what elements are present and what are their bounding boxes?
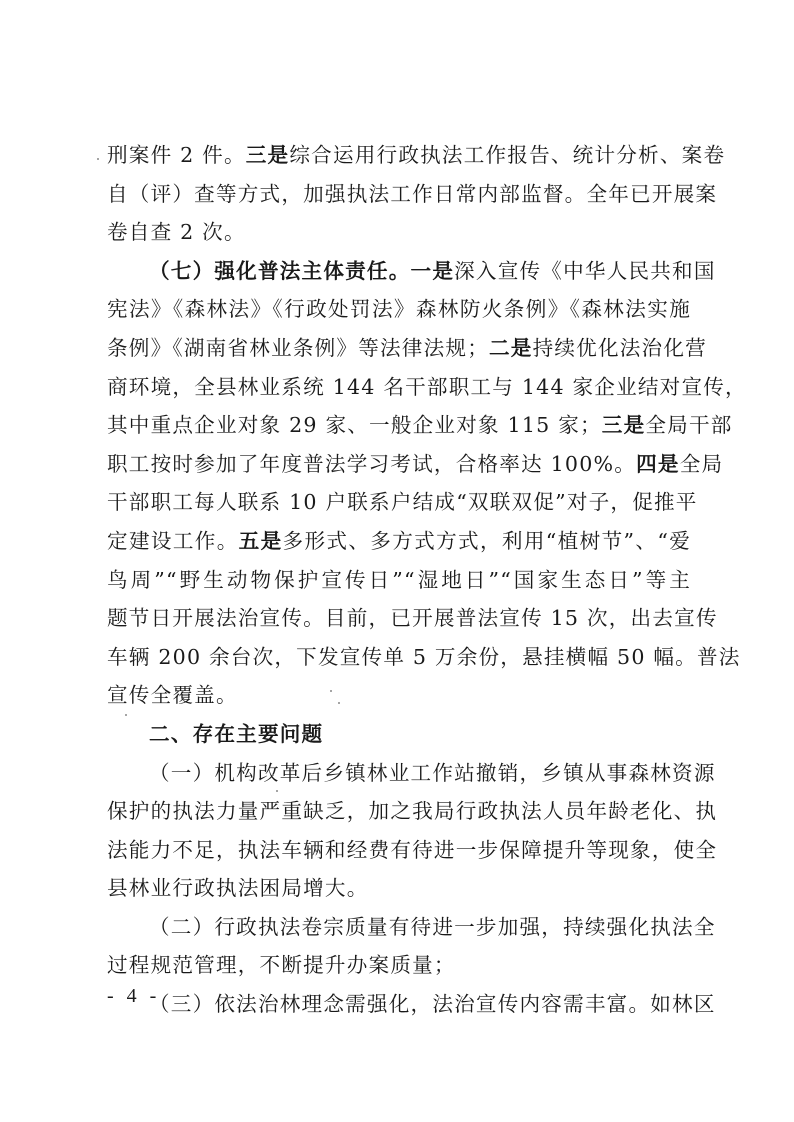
scan-artifact [125,714,127,716]
body-text: （一）机构改革后乡镇林业工作站撤销，乡镇从事森林资源 [149,761,716,785]
text-line: 自（评）查等方式，加强执法工作日常内部监督。全年已开展案 [107,175,691,214]
body-text: 职工按时参加了年度普法学习考试，合格率达 100%。 [107,452,636,476]
body-text: 定建设工作。 [107,529,239,553]
text-line: 保护的执法力量严重缺乏，加之我局行政执法人员年龄老化、执 [107,792,691,831]
text-line: 商环境，全县林业系统 144 名干部职工与 144 家企业结对宣传， [107,368,691,407]
text-line: 其中重点企业对象 29 家、一般企业对象 115 家；三是全局干部 [107,406,691,445]
scan-artifact [97,158,99,160]
body-text: 卷自查 2 次。 [107,220,246,244]
text-line: 车辆 200 余台次，下发宣传单 5 万余份，悬挂横幅 50 幅。普法 [107,638,691,677]
text-line: 卷自查 2 次。 [107,213,691,252]
bold-text: 一是 [411,259,455,283]
text-line: 鸟周”“野生动物保护宣传日”“湿地日”“国家生态日”等主 [107,561,691,600]
scan-artifact [330,690,332,692]
body-text: 深入宣传《中华人民共和国 [454,259,716,283]
body-text: 宣传全覆盖。 [107,683,238,707]
body-text: （三）依法治林理念需强化，法治宣传内容需丰富。如林区 [149,992,716,1016]
text-line: （七）强化普法主体责任。一是深入宣传《中华人民共和国 [107,252,691,291]
bold-text: 三是 [602,413,646,437]
body-text: 商环境，全县林业系统 144 名干部职工与 144 家企业结对宣传， [107,375,747,399]
text-line: 宣传全覆盖。 [107,676,691,715]
text-line: 题节日开展法治宣传。目前，已开展普法宣传 15 次，出去宣传 [107,599,691,638]
text-line: 县林业行政执法困局增大。 [107,869,691,908]
text-line: 二、存在主要问题 [107,715,691,754]
text-line: （一）机构改革后乡镇林业工作站撤销，乡镇从事森林资源 [107,754,691,793]
body-text: 保护的执法力量严重缺乏，加之我局行政执法人员年龄老化、执 [107,799,717,823]
text-line: 刑案件 2 件。三是综合运用行政执法工作报告、统计分析、案卷 [107,136,691,175]
bold-text: 四是 [636,452,680,476]
document-body: 刑案件 2 件。三是综合运用行政执法工作报告、统计分析、案卷自（评）查等方式，加… [107,136,691,1024]
bold-text: （七）强化普法主体责任。 [149,259,411,283]
body-text: 刑案件 2 件。 [107,143,246,167]
body-text: 多形式、多方式方式，利用“植树节”、“爱 [283,529,691,553]
section-heading: 二、存在主要问题 [149,722,323,746]
body-text: 宪法》《森林法》《行政处罚法》森林防火条例》《森林法实施 [107,297,691,321]
text-line: 法能力不足，执法车辆和经费有待进一步保障提升等现象，使全 [107,831,691,870]
text-line: 定建设工作。五是多形式、多方式方式，利用“植树节”、“爱 [107,522,691,561]
body-text: 综合运用行政执法工作报告、统计分析、案卷 [289,143,725,167]
body-text: 县林业行政执法困局增大。 [107,876,369,900]
scan-artifact [272,774,274,776]
body-text: 干部职工每人联系 10 户联系户结成“双联双促”对子，促推平 [107,490,698,514]
body-text: 持续优化法治化营 [533,336,707,360]
text-line: 宪法》《森林法》《行政处罚法》森林防火条例》《森林法实施 [107,290,691,329]
text-line: （二）行政执法卷宗质量有待进一步加强，持续强化执法全 [107,908,691,947]
body-text: 条例》《湖南省林业条例》等法律法规； [107,336,489,360]
scan-artifact [276,790,278,792]
body-text: 题节日开展法治宣传。目前，已开展普法宣传 15 次，出去宣传 [107,606,718,630]
body-text: 自（评）查等方式，加强执法工作日常内部监督。全年已开展案 [107,182,717,206]
body-text: 全局 [680,452,724,476]
body-text: 全局干部 [645,413,732,437]
body-text: 过程规范管理，不断提升办案质量； [107,953,456,977]
page-number: - 4 - [107,985,160,1008]
bold-text: 五是 [239,529,283,553]
text-line: 条例》《湖南省林业条例》等法律法规；二是持续优化法治化营 [107,329,691,368]
text-line: 干部职工每人联系 10 户联系户结成“双联双促”对子，促推平 [107,483,691,522]
text-line: 职工按时参加了年度普法学习考试，合格率达 100%。四是全局 [107,445,691,484]
body-text: （二）行政执法卷宗质量有待进一步加强，持续强化执法全 [149,915,716,939]
scan-artifact [338,702,340,704]
body-text: 鸟周”“野生动物保护宣传日”“湿地日”“国家生态日”等主 [107,568,691,592]
body-text: 其中重点企业对象 29 家、一般企业对象 115 家； [107,413,602,437]
bold-text: 二是 [489,336,533,360]
text-line: 过程规范管理，不断提升办案质量； [107,946,691,985]
body-text: 法能力不足，执法车辆和经费有待进一步保障提升等现象，使全 [107,838,717,862]
bold-text: 三是 [246,143,290,167]
text-line: （三）依法治林理念需强化，法治宣传内容需丰富。如林区 [107,985,691,1024]
body-text: 车辆 200 余台次，下发宣传单 5 万余份，悬挂横幅 50 幅。普法 [107,645,741,669]
